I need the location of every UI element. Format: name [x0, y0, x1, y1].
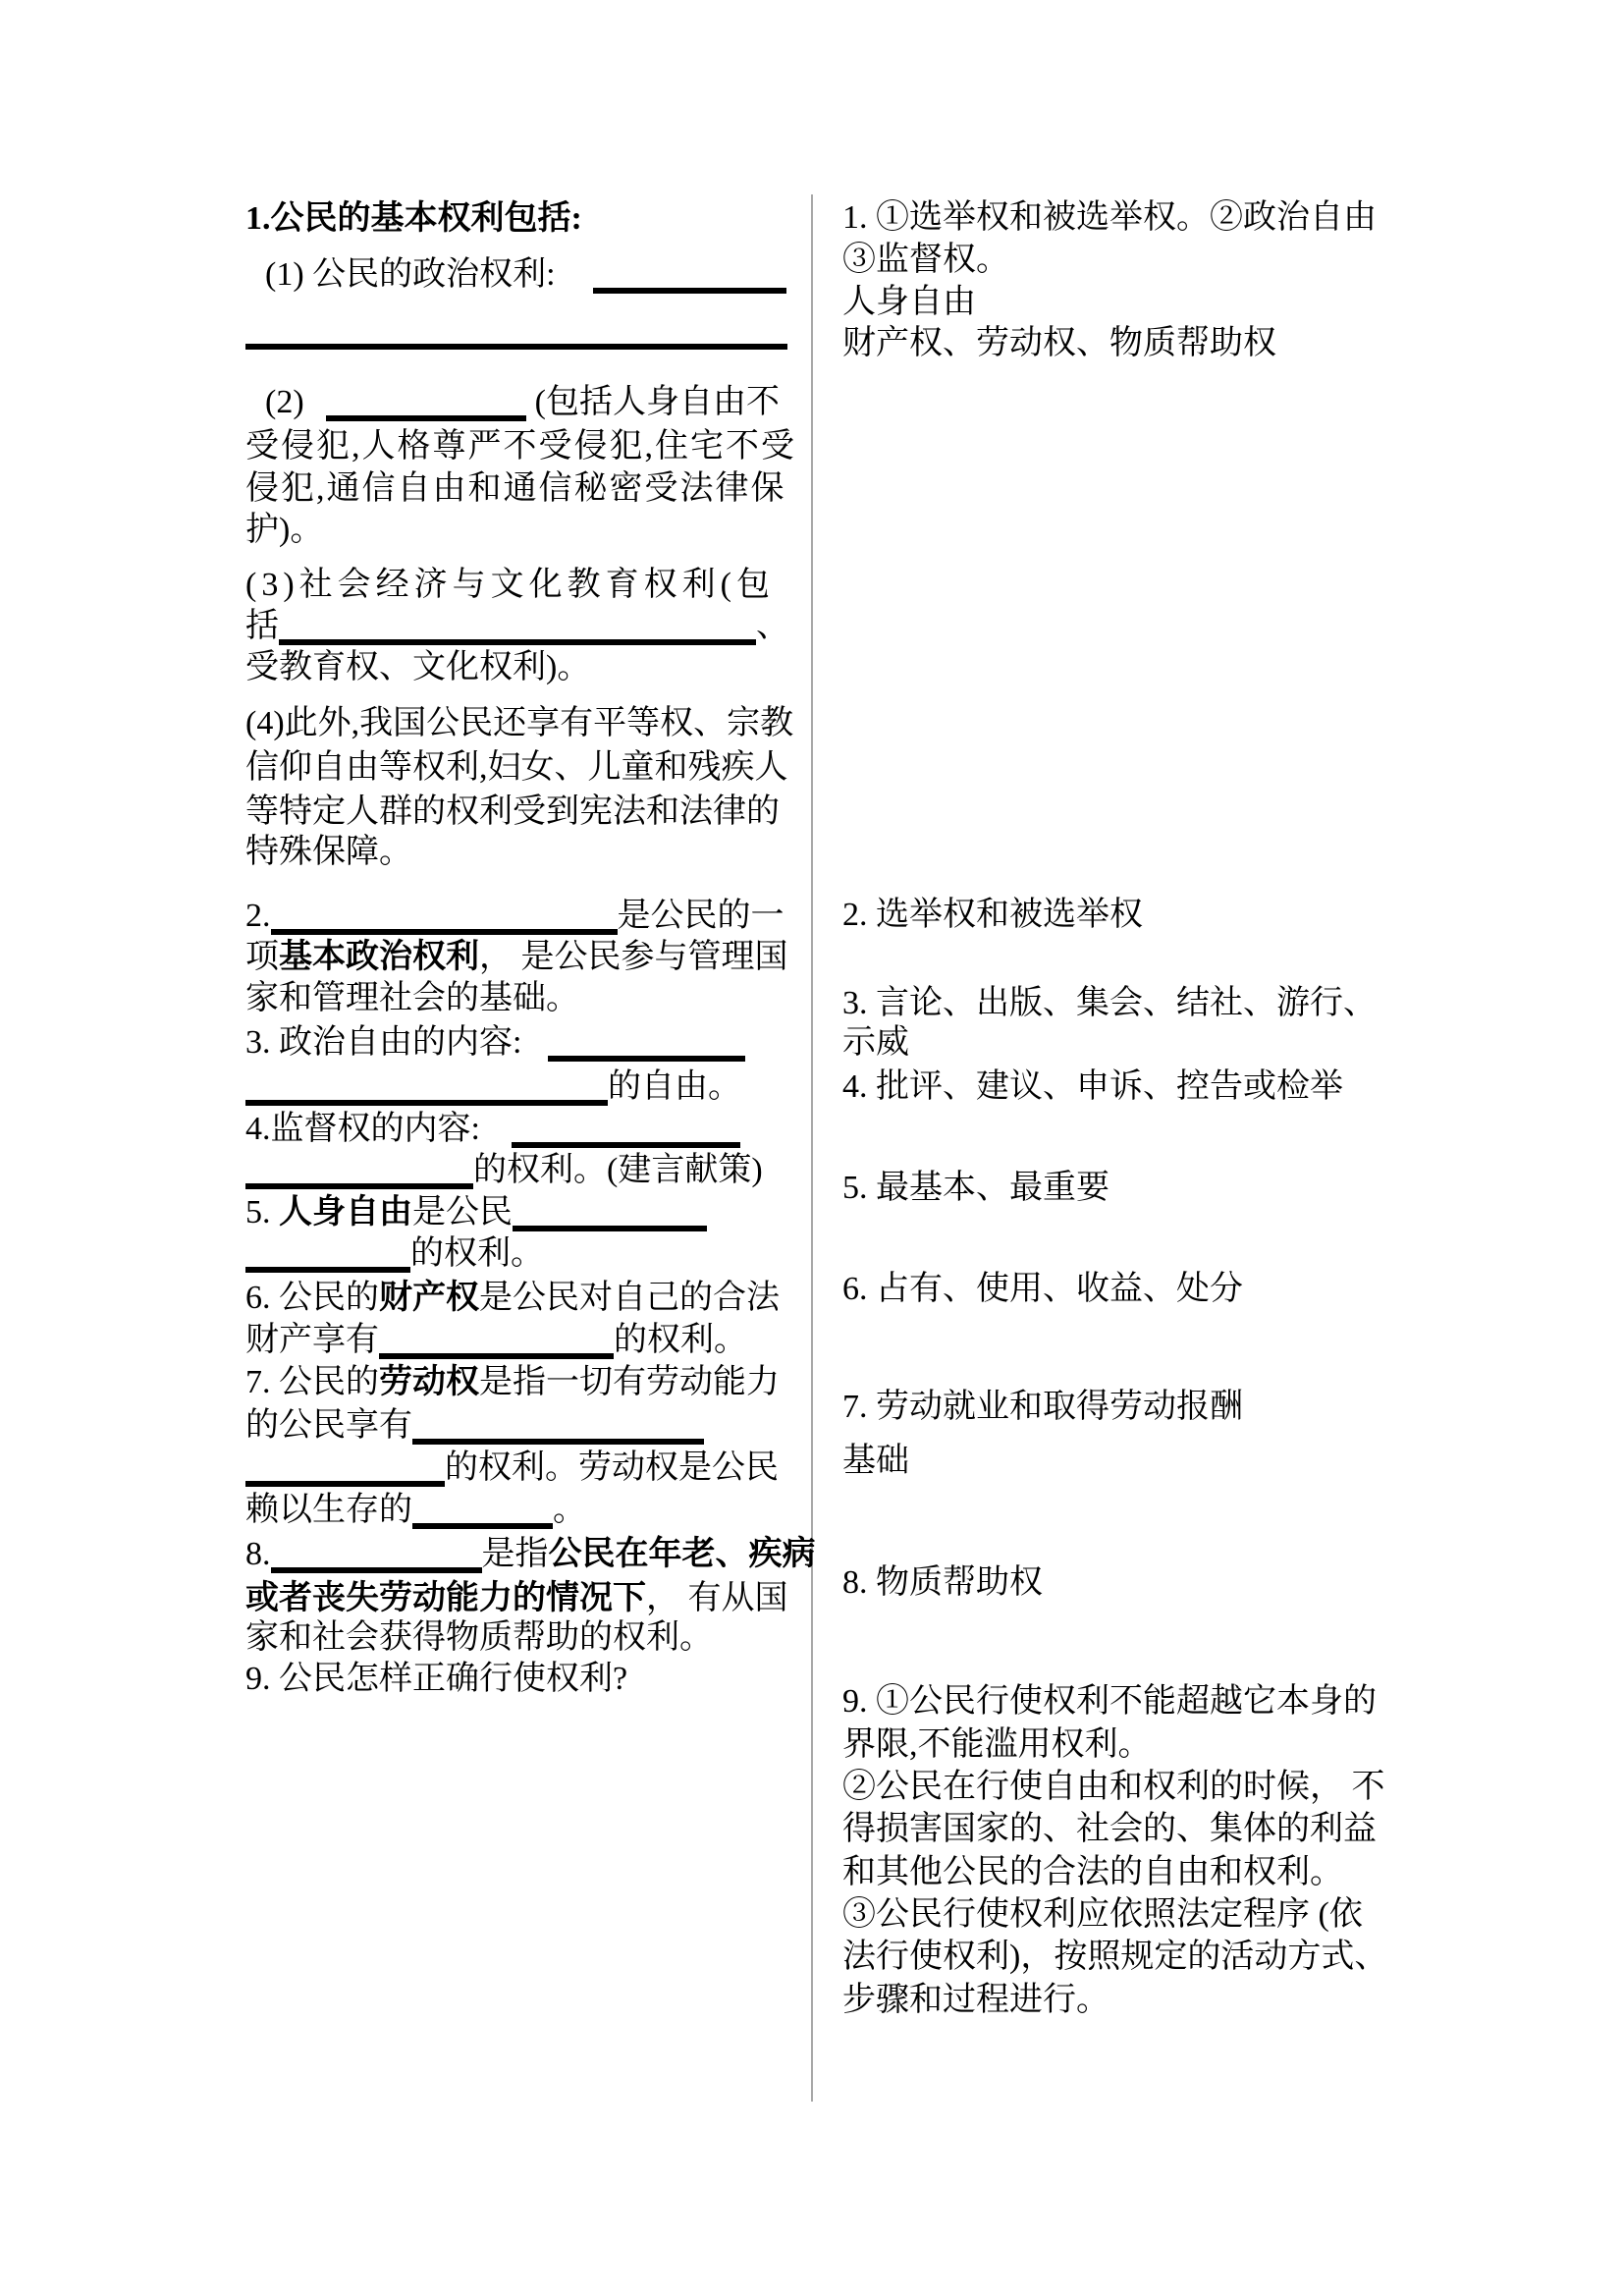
- text-segment: 人身自由: [279, 1194, 412, 1230]
- text-segment: 8. 物质帮助权: [842, 1564, 1043, 1601]
- text-segment: 1. ①选举权和被选举权。②政治自由: [842, 199, 1377, 236]
- text-segment: 3. 言论、出版、集会、结社、游行、: [842, 985, 1377, 1021]
- worksheet-line: 界限,不能滥用权利。: [842, 1723, 1152, 1767]
- worksheet-line: 2. 选举权和被选举权: [842, 894, 1143, 937]
- text-segment: 受教育权、文化权利)。: [245, 649, 590, 685]
- text-segment: ， 有从国: [646, 1580, 788, 1616]
- text-segment: 等特定人群的权利受到宪法和法律的: [245, 793, 780, 830]
- worksheet-line: 6. 占有、使用、收益、处分: [842, 1268, 1243, 1311]
- text-segment: 劳动权: [379, 1364, 479, 1400]
- answer-blank: [271, 898, 618, 935]
- text-segment: (包括人身自由不: [526, 384, 780, 420]
- answer-blank: [245, 312, 787, 350]
- worksheet-line: 人身自由: [842, 281, 976, 324]
- worksheet-line: 9. ①公民行使权利不能超越它本身的: [842, 1680, 1377, 1723]
- worksheet-line: 赖以生存的。: [245, 1489, 586, 1532]
- worksheet-line: 示威: [842, 1021, 909, 1065]
- worksheet-line: (4)此外,我国公民还享有平等权、宗教: [245, 702, 793, 745]
- text-segment: 1.公民的基本权利包括:: [245, 200, 582, 237]
- text-segment: 侵犯,通信自由和通信秘密受法律保: [245, 470, 786, 507]
- worksheet-line: 括、: [245, 605, 789, 648]
- text-segment: 9. ①公民行使权利不能超越它本身的: [842, 1683, 1377, 1720]
- text-segment: (2): [265, 384, 312, 420]
- text-segment: 5. 最基本、最重要: [842, 1170, 1109, 1206]
- text-segment: 括: [245, 608, 279, 644]
- text-segment: ③监督权。: [842, 242, 1009, 278]
- worksheet-line: 3. 政治自由的内容:: [245, 1021, 745, 1065]
- worksheet-line: 或者丧失劳动能力的情况下， 有从国: [245, 1577, 788, 1620]
- answer-blank: [412, 1492, 553, 1529]
- answer-blank: [512, 1111, 740, 1148]
- worksheet-line: 5. 最基本、最重要: [842, 1167, 1109, 1210]
- text-segment: 和其他公民的合法的自由和权利。: [842, 1854, 1343, 1890]
- worksheet-line: 法行使权利)，按照规定的活动方式、: [842, 1936, 1387, 1979]
- worksheet-line: 8.是指公民在年老、疾病: [245, 1533, 816, 1576]
- text-segment: 基本政治权利: [279, 939, 479, 975]
- text-segment: 的权利。(建言献策): [473, 1152, 763, 1188]
- answer-blank: [593, 256, 786, 294]
- worksheet-line: ③监督权。: [842, 239, 1009, 282]
- text-segment: 6. 占有、使用、收益、处分: [842, 1271, 1243, 1307]
- answer-blank: [412, 1407, 704, 1445]
- text-segment: 7. 劳动就业和取得劳动报酬: [842, 1389, 1243, 1425]
- worksheet-line: 受教育权、文化权利)。: [245, 646, 590, 689]
- worksheet-line: (2) (包括人身自由不: [265, 381, 780, 424]
- text-segment: 是指: [482, 1536, 549, 1572]
- text-segment: 4. 批评、建议、申诉、控告或检举: [842, 1068, 1343, 1105]
- worksheet-line: ②公民在行使自由和权利的时候， 不: [842, 1766, 1385, 1809]
- text-segment: 9. 公民怎样正确行使权利?: [245, 1661, 627, 1697]
- worksheet-line: 项基本政治权利， 是公民参与管理国: [245, 936, 788, 979]
- worksheet-line: 7. 公民的劳动权是指一切有劳动能力: [245, 1361, 780, 1404]
- worksheet-line: 财产权、劳动权、物质帮助权: [842, 322, 1276, 365]
- answer-blank: [245, 1068, 608, 1106]
- worksheet-line: 和其他公民的合法的自由和权利。: [842, 1851, 1343, 1894]
- worksheet-line: 侵犯,通信自由和通信秘密受法律保: [245, 467, 786, 511]
- worksheet-line: 受侵犯,人格尊严不受侵犯,住宅不受: [245, 425, 796, 468]
- worksheet-line: 4.监督权的内容:: [245, 1108, 740, 1151]
- text-segment: 的权利。劳动权是公民: [445, 1449, 779, 1486]
- worksheet-line: 2.是公民的一: [245, 895, 784, 938]
- text-segment: 家和管理社会的基础。: [245, 980, 579, 1016]
- text-segment: (4)此外,我国公民还享有平等权、宗教: [245, 705, 793, 741]
- worksheet-line: 信仰自由等权利,妇女、儿童和残疾人: [245, 746, 788, 790]
- text-segment: 6. 公民的: [245, 1280, 379, 1316]
- text-segment: 4.监督权的内容:: [245, 1111, 488, 1147]
- text-segment: 家和社会获得物质帮助的权利。: [245, 1619, 713, 1656]
- worksheet-line: 1. ①选举权和被选举权。②政治自由: [842, 196, 1377, 240]
- worksheet-line: ③公民行使权利应依照法定程序 (依: [842, 1893, 1363, 1937]
- text-segment: 步骤和过程进行。: [842, 1982, 1109, 2018]
- right-column-answers: 1. ①选举权和被选举权。②政治自由③监督权。人身自由财产权、劳动权、物质帮助权…: [842, 0, 1451, 2296]
- answer-blank: [271, 1536, 482, 1573]
- worksheet-line: 的权利。(建言献策): [245, 1149, 763, 1192]
- text-segment: 财产权: [379, 1280, 479, 1316]
- text-segment: 3. 政治自由的内容:: [245, 1024, 530, 1061]
- text-segment: 8.: [245, 1536, 271, 1572]
- worksheet-line: 家和社会获得物质帮助的权利。: [245, 1616, 713, 1660]
- text-segment: 财产权、劳动权、物质帮助权: [842, 325, 1276, 361]
- text-segment: 2.: [245, 898, 271, 934]
- worksheet-line: 6. 公民的财产权是公民对自己的合法: [245, 1277, 780, 1320]
- text-segment: 示威: [842, 1024, 909, 1061]
- text-segment: 是指一切有劳动能力: [479, 1364, 780, 1400]
- text-segment: 7. 公民的: [245, 1364, 379, 1400]
- worksheet-line: 得损害国家的、社会的、集体的利益: [842, 1808, 1377, 1851]
- text-segment: 法行使权利)，按照规定的活动方式、: [842, 1939, 1387, 1975]
- text-segment: 的自由。: [608, 1068, 741, 1105]
- text-segment: 的权利。: [410, 1235, 544, 1272]
- answer-blank: [379, 1322, 614, 1359]
- answer-blank: [245, 1152, 473, 1189]
- worksheet-line: 财产享有的权利。: [245, 1319, 747, 1362]
- worksheet-line: 5. 人身自由是公民: [245, 1191, 707, 1234]
- text-segment: (1) 公民的政治权利:: [265, 256, 564, 293]
- worksheet-line: 步骤和过程进行。: [842, 1979, 1109, 2022]
- worksheet-line: (1) 公民的政治权利:: [265, 253, 786, 297]
- text-segment: 项: [245, 939, 279, 975]
- text-segment: (3)社会经济与文化教育权利(包: [245, 567, 775, 603]
- text-segment: 5.: [245, 1194, 279, 1230]
- worksheet-line: 家和管理社会的基础。: [245, 977, 579, 1020]
- worksheet-line: 的权利。劳动权是公民: [245, 1447, 779, 1490]
- text-segment: 特殊保障。: [245, 834, 412, 870]
- answer-blank: [245, 1449, 445, 1487]
- text-segment: ③公民行使权利应依照法定程序 (依: [842, 1896, 1363, 1933]
- worksheet-line: 1.公民的基本权利包括:: [245, 197, 582, 241]
- text-segment: 的权利。: [614, 1322, 747, 1358]
- text-segment: 人身自由: [842, 284, 976, 320]
- answer-blank: [279, 608, 756, 645]
- text-segment: 是公民: [412, 1194, 513, 1230]
- worksheet-line: [245, 309, 787, 353]
- worksheet-page: 1.公民的基本权利包括:(1) 公民的政治权利: (2) (包括人身自由不受侵犯…: [0, 0, 1623, 2296]
- worksheet-line: 4. 批评、建议、申诉、控告或检举: [842, 1066, 1343, 1109]
- text-segment: 赖以生存的: [245, 1492, 412, 1528]
- text-segment: 公民在年老、疾病: [549, 1536, 816, 1572]
- text-segment: 是公民的一: [618, 898, 784, 934]
- answer-blank: [548, 1024, 745, 1062]
- text-segment: ②公民在行使自由和权利的时候， 不: [842, 1769, 1385, 1805]
- text-segment: 信仰自由等权利,妇女、儿童和残疾人: [245, 749, 788, 786]
- answer-blank: [245, 1235, 410, 1273]
- text-segment: 界限,不能滥用权利。: [842, 1726, 1152, 1763]
- text-segment: 2. 选举权和被选举权: [842, 897, 1143, 933]
- text-segment: 受侵犯,人格尊严不受侵犯,住宅不受: [245, 428, 796, 465]
- worksheet-line: (3)社会经济与文化教育权利(包: [245, 564, 775, 607]
- text-segment: 或者丧失劳动能力的情况下: [245, 1580, 646, 1616]
- left-column-questions: 1.公民的基本权利包括:(1) 公民的政治权利: (2) (包括人身自由不受侵犯…: [245, 0, 795, 2296]
- text-segment: 、: [756, 608, 789, 644]
- worksheet-line: 护)。: [245, 509, 323, 552]
- text-segment: 财产享有: [245, 1322, 379, 1358]
- text-segment: 得损害国家的、社会的、集体的利益: [842, 1811, 1377, 1847]
- worksheet-line: 的权利。: [245, 1232, 544, 1276]
- worksheet-line: 等特定人群的权利受到宪法和法律的: [245, 791, 780, 834]
- column-divider: [811, 194, 813, 2102]
- text-segment: 护)。: [245, 512, 323, 548]
- worksheet-line: 9. 公民怎样正确行使权利?: [245, 1658, 627, 1701]
- worksheet-line: 7. 劳动就业和取得劳动报酬: [842, 1386, 1243, 1429]
- answer-blank: [513, 1194, 707, 1231]
- worksheet-line: 特殊保障。: [245, 831, 412, 874]
- worksheet-line: 的公民享有: [245, 1404, 704, 1448]
- text-segment: 基础: [842, 1443, 909, 1479]
- text-segment: 。: [553, 1492, 586, 1528]
- text-segment: 是公民对自己的合法: [479, 1280, 780, 1316]
- worksheet-line: 8. 物质帮助权: [842, 1561, 1043, 1605]
- text-segment: 的公民享有: [245, 1407, 412, 1444]
- worksheet-line: 3. 言论、出版、集会、结社、游行、: [842, 982, 1377, 1025]
- answer-blank: [326, 384, 526, 421]
- text-segment: ， 是公民参与管理国: [479, 939, 788, 975]
- worksheet-line: 的自由。: [245, 1066, 741, 1109]
- worksheet-line: 基础: [842, 1440, 909, 1483]
